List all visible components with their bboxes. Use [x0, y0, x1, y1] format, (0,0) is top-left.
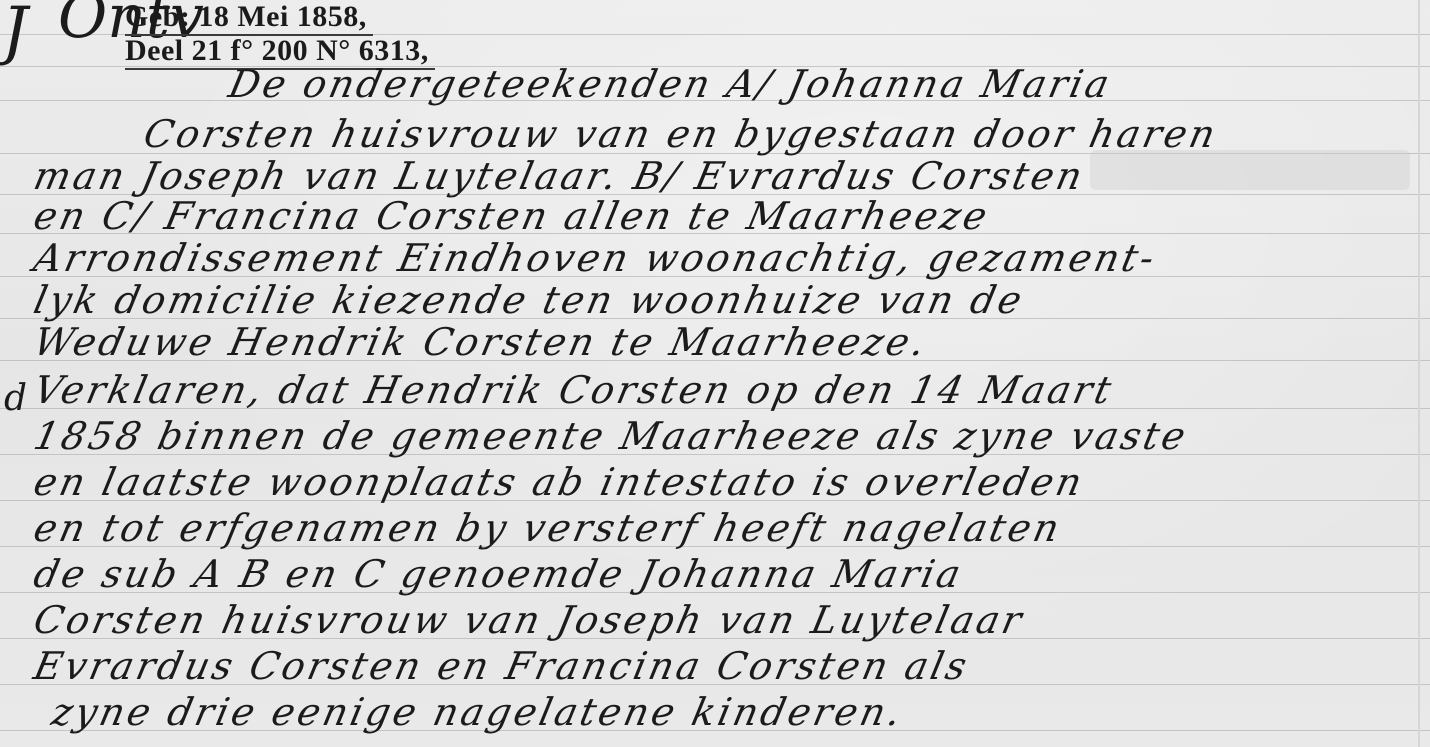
body-line-11: en tot erfgenamen by versterf heeft nage…	[30, 506, 1066, 550]
paper-smudge	[1090, 150, 1410, 190]
body-line-4: en C/ Francina Corsten allen te Maarheez…	[30, 194, 994, 238]
body-line-6: lyk domicilie kiezende ten woonhuize van…	[30, 278, 1029, 322]
body-line-3: man Joseph van Luytelaar. B/ Evrardus Co…	[30, 154, 1089, 198]
margin-mark-top: J	[2, 0, 28, 68]
header-birth-date: Geb: 18 Mei 1858,	[125, 0, 373, 36]
body-line-10: en laatste woonplaats ab intestato is ov…	[30, 460, 1089, 504]
body-line-15: zyne drie eenige nagelatene kinderen.	[48, 690, 908, 734]
document-page: J Ontv d Geb: 18 Mei 1858, Deel 21 f° 20…	[0, 0, 1430, 747]
body-line-7: Weduwe Hendrik Corsten te Maarheeze.	[30, 320, 932, 364]
body-line-13: Corsten huisvrouw van Joseph van Luytela…	[30, 598, 1028, 642]
body-line-12: de sub A B en C genoemde Johanna Maria	[30, 552, 967, 596]
body-line-14: Evrardus Corsten en Francina Corsten als	[30, 644, 973, 688]
body-line-2: Corsten huisvrouw van en bygestaan door …	[140, 112, 1222, 156]
body-line-8: Verklaren, dat Hendrik Corsten op den 14…	[30, 368, 1118, 412]
margin-mark-side: d	[4, 378, 27, 419]
page-edge	[1418, 0, 1420, 747]
body-line-9: 1858 binnen de gemeente Maarheeze als zy…	[30, 414, 1192, 458]
body-line-1: De ondergeteekenden A/ Johanna Maria	[225, 62, 1116, 106]
body-line-5: Arrondissement Eindhoven woonachtig, gez…	[30, 236, 1161, 280]
